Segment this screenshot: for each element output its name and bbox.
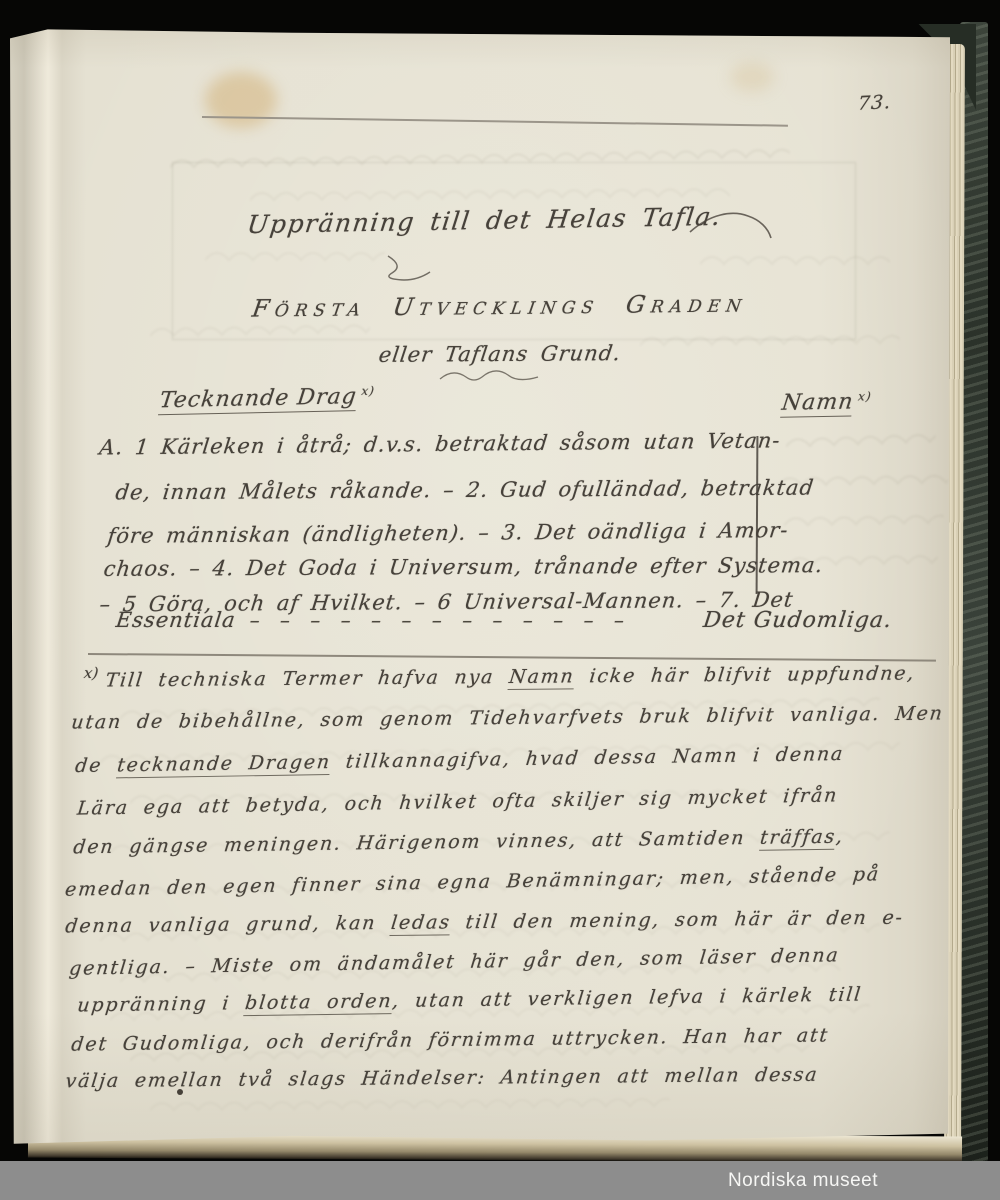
ghost-writing-stroke bbox=[784, 511, 944, 538]
left-column-label: Tecknande Drag bbox=[158, 384, 358, 415]
text-segment: chaos. – 4. Det Goda i Universum, trånan… bbox=[102, 553, 824, 581]
museum-credit-label: Nordiska museet bbox=[728, 1170, 878, 1192]
text-segment: de bbox=[74, 754, 118, 777]
tail-right-text: Det Gudomliga. bbox=[702, 608, 894, 633]
section-heading: Första Utvecklings Graden bbox=[227, 289, 772, 323]
ghost-writing-stroke bbox=[205, 248, 385, 272]
manuscript-line: chaos. – 4. Det Goda i Universum, trånan… bbox=[102, 553, 824, 581]
text-segment: uppränning i bbox=[76, 992, 246, 1016]
subheading-flourish bbox=[438, 368, 542, 386]
title-flourish bbox=[688, 206, 774, 246]
underlined-phrase: träffas bbox=[759, 826, 838, 851]
title-underscore-flourish bbox=[382, 250, 438, 282]
main-text-tail-line: Essentiala – – – – – – – – – – – – – Det… bbox=[114, 608, 893, 633]
tail-word: Essentiala bbox=[115, 608, 238, 632]
footnote-marker: x) bbox=[83, 664, 100, 682]
text-segment: Till techniska Termer hafva nya bbox=[104, 666, 510, 692]
manuscript-line: de, innan Målets råkande. – 2. Gud ofull… bbox=[114, 476, 815, 505]
underlined-phrase: Namn bbox=[508, 665, 576, 690]
tail-dashes: – – – – – – – – – – – – – bbox=[248, 608, 690, 632]
text-segment: denna vanliga grund, kan bbox=[64, 912, 392, 937]
text-segment: icke här blifvit uppfundne, bbox=[573, 662, 916, 687]
left-column-footnote-marker: x) bbox=[361, 384, 376, 398]
museum-watermark-bar: Nordiska museet bbox=[0, 1161, 1000, 1200]
ghost-writing-stroke bbox=[150, 1094, 670, 1123]
right-column-header: Namnx) bbox=[780, 389, 872, 416]
paper-stain-small bbox=[730, 62, 774, 92]
ghost-writing-stroke bbox=[700, 252, 890, 276]
underlined-phrase: tecknande Dragen bbox=[116, 751, 332, 778]
page-number: 73. bbox=[857, 91, 892, 115]
underlined-phrase: blotta orden bbox=[244, 990, 394, 1016]
underlined-phrase: ledas bbox=[390, 911, 452, 936]
section-subheading: eller Taflans Grund. bbox=[278, 340, 722, 367]
left-column-header: Tecknande Dragx) bbox=[158, 384, 376, 414]
paper-stain bbox=[205, 72, 277, 128]
right-column-footnote-marker: x) bbox=[857, 389, 872, 403]
photograph-of-manuscript: 73. Uppränning till det Helas Tafla. För… bbox=[0, 0, 1000, 1200]
text-segment: de, innan Målets råkande. – 2. Gud ofull… bbox=[114, 476, 815, 505]
right-column-label: Namn bbox=[780, 390, 855, 418]
